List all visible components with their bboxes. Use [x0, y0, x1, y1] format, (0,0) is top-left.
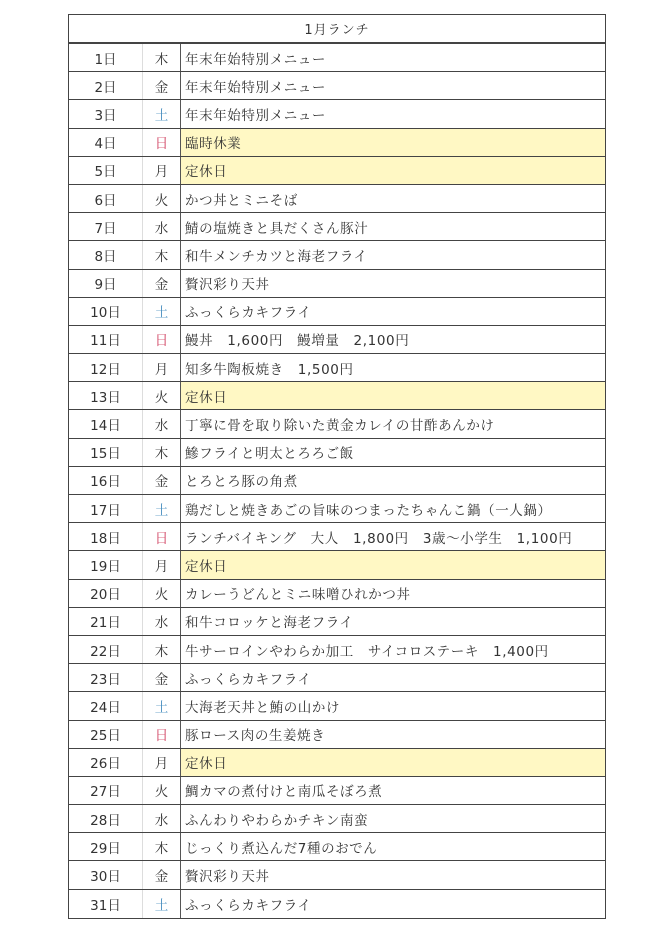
weekday-cell: 土 [143, 100, 181, 127]
menu-cell: 年末年始特別メニュー [181, 100, 605, 127]
table-row: 15日 木 鰺フライと明太とろろご飯 [69, 439, 605, 467]
date-cell: 28日 [69, 805, 143, 832]
table-row: 5日 月 定休日 [69, 157, 605, 185]
weekday-cell: 木 [143, 44, 181, 71]
menu-cell: 定休日 [181, 551, 605, 578]
date-cell: 26日 [69, 749, 143, 776]
menu-cell: ランチバイキング 大人 1,800円 3歳～小学生 1,100円 [181, 523, 605, 550]
weekday-cell: 水 [143, 608, 181, 635]
date-cell: 24日 [69, 692, 143, 719]
weekday-cell: 木 [143, 439, 181, 466]
menu-cell: ふっくらカキフライ [181, 890, 605, 918]
table-title: 1月ランチ [69, 15, 605, 44]
weekday-cell: 土 [143, 495, 181, 522]
table-row: 16日 金 とろとろ豚の角煮 [69, 467, 605, 495]
table-row: 14日 水 丁寧に骨を取り除いた黄金カレイの甘酢あんかけ [69, 410, 605, 438]
date-cell: 2日 [69, 72, 143, 99]
date-cell: 13日 [69, 382, 143, 409]
menu-cell: 鰻丼 1,600円 鰻増量 2,100円 [181, 326, 605, 353]
date-cell: 29日 [69, 833, 143, 860]
menu-cell: 贅沢彩り天丼 [181, 270, 605, 297]
table-row: 9日 金 贅沢彩り天丼 [69, 270, 605, 298]
date-cell: 9日 [69, 270, 143, 297]
menu-cell: 和牛メンチカツと海老フライ [181, 241, 605, 268]
date-cell: 5日 [69, 157, 143, 184]
table-row: 13日 火 定休日 [69, 382, 605, 410]
menu-cell: 丁寧に骨を取り除いた黄金カレイの甘酢あんかけ [181, 410, 605, 437]
menu-cell: 定休日 [181, 749, 605, 776]
weekday-cell: 月 [143, 354, 181, 381]
menu-cell: ふんわりやわらかチキン南蛮 [181, 805, 605, 832]
weekday-cell: 金 [143, 467, 181, 494]
weekday-cell: 木 [143, 241, 181, 268]
weekday-cell: 日 [143, 129, 181, 156]
weekday-cell: 金 [143, 861, 181, 888]
table-row: 30日 金 贅沢彩り天丼 [69, 861, 605, 889]
table-row: 3日 土 年末年始特別メニュー [69, 100, 605, 128]
table-row: 28日 水 ふんわりやわらかチキン南蛮 [69, 805, 605, 833]
menu-cell: 鶏だしと焼きあごの旨味のつまったちゃんこ鍋（一人鍋） [181, 495, 605, 522]
date-cell: 14日 [69, 410, 143, 437]
date-cell: 15日 [69, 439, 143, 466]
date-cell: 16日 [69, 467, 143, 494]
weekday-cell: 水 [143, 805, 181, 832]
table-row: 27日 火 鯛カマの煮付けと南瓜そぼろ煮 [69, 777, 605, 805]
table-row: 1日 木 年末年始特別メニュー [69, 44, 605, 72]
weekday-cell: 金 [143, 270, 181, 297]
date-cell: 31日 [69, 890, 143, 918]
menu-cell: 大海老天丼と鮪の山かけ [181, 692, 605, 719]
weekday-cell: 金 [143, 72, 181, 99]
table-row: 22日 木 牛サーロインやわらか加工 サイコロステーキ 1,400円 [69, 636, 605, 664]
menu-cell: カレーうどんとミニ味噌ひれかつ丼 [181, 580, 605, 607]
weekday-cell: 木 [143, 833, 181, 860]
table-row: 18日 日 ランチバイキング 大人 1,800円 3歳～小学生 1,100円 [69, 523, 605, 551]
menu-cell: 定休日 [181, 157, 605, 184]
table-row: 24日 土 大海老天丼と鮪の山かけ [69, 692, 605, 720]
date-cell: 11日 [69, 326, 143, 353]
date-cell: 7日 [69, 213, 143, 240]
date-cell: 23日 [69, 664, 143, 691]
table-row: 20日 火 カレーうどんとミニ味噌ひれかつ丼 [69, 580, 605, 608]
menu-cell: 年末年始特別メニュー [181, 44, 605, 71]
date-cell: 1日 [69, 44, 143, 71]
menu-cell: 臨時休業 [181, 129, 605, 156]
weekday-cell: 土 [143, 890, 181, 918]
weekday-cell: 火 [143, 580, 181, 607]
menu-cell: ふっくらカキフライ [181, 298, 605, 325]
menu-cell: 和牛コロッケと海老フライ [181, 608, 605, 635]
lunch-menu-table: 1月ランチ 1日 木 年末年始特別メニュー 2日 金 年末年始特別メニュー 3日… [68, 14, 606, 919]
weekday-cell: 日 [143, 721, 181, 748]
weekday-cell: 火 [143, 185, 181, 212]
weekday-cell: 土 [143, 298, 181, 325]
table-row: 31日 土 ふっくらカキフライ [69, 890, 605, 918]
date-cell: 12日 [69, 354, 143, 381]
weekday-cell: 金 [143, 664, 181, 691]
menu-cell: 鰺フライと明太とろろご飯 [181, 439, 605, 466]
date-cell: 22日 [69, 636, 143, 663]
date-cell: 4日 [69, 129, 143, 156]
menu-cell: 定休日 [181, 382, 605, 409]
menu-cell: かつ丼とミニそば [181, 185, 605, 212]
date-cell: 20日 [69, 580, 143, 607]
table-row: 2日 金 年末年始特別メニュー [69, 72, 605, 100]
table-body: 1日 木 年末年始特別メニュー 2日 金 年末年始特別メニュー 3日 土 年末年… [69, 44, 605, 918]
date-cell: 25日 [69, 721, 143, 748]
table-row: 7日 水 鯖の塩焼きと具だくさん豚汁 [69, 213, 605, 241]
weekday-cell: 日 [143, 523, 181, 550]
weekday-cell: 土 [143, 692, 181, 719]
weekday-cell: 月 [143, 551, 181, 578]
menu-cell: じっくり煮込んだ7種のおでん [181, 833, 605, 860]
table-row: 23日 金 ふっくらカキフライ [69, 664, 605, 692]
menu-cell: 知多牛陶板焼き 1,500円 [181, 354, 605, 381]
table-row: 10日 土 ふっくらカキフライ [69, 298, 605, 326]
table-row: 17日 土 鶏だしと焼きあごの旨味のつまったちゃんこ鍋（一人鍋） [69, 495, 605, 523]
date-cell: 27日 [69, 777, 143, 804]
table-row: 12日 月 知多牛陶板焼き 1,500円 [69, 354, 605, 382]
weekday-cell: 月 [143, 157, 181, 184]
date-cell: 6日 [69, 185, 143, 212]
menu-cell: 鯛カマの煮付けと南瓜そぼろ煮 [181, 777, 605, 804]
table-row: 11日 日 鰻丼 1,600円 鰻増量 2,100円 [69, 326, 605, 354]
weekday-cell: 日 [143, 326, 181, 353]
weekday-cell: 月 [143, 749, 181, 776]
menu-cell: ふっくらカキフライ [181, 664, 605, 691]
table-row: 6日 火 かつ丼とミニそば [69, 185, 605, 213]
table-row: 26日 月 定休日 [69, 749, 605, 777]
date-cell: 10日 [69, 298, 143, 325]
date-cell: 18日 [69, 523, 143, 550]
menu-cell: とろとろ豚の角煮 [181, 467, 605, 494]
weekday-cell: 火 [143, 777, 181, 804]
weekday-cell: 火 [143, 382, 181, 409]
table-row: 8日 木 和牛メンチカツと海老フライ [69, 241, 605, 269]
weekday-cell: 水 [143, 213, 181, 240]
date-cell: 17日 [69, 495, 143, 522]
table-row: 21日 水 和牛コロッケと海老フライ [69, 608, 605, 636]
date-cell: 21日 [69, 608, 143, 635]
date-cell: 8日 [69, 241, 143, 268]
weekday-cell: 水 [143, 410, 181, 437]
date-cell: 30日 [69, 861, 143, 888]
table-row: 29日 木 じっくり煮込んだ7種のおでん [69, 833, 605, 861]
table-row: 4日 日 臨時休業 [69, 129, 605, 157]
menu-cell: 贅沢彩り天丼 [181, 861, 605, 888]
weekday-cell: 木 [143, 636, 181, 663]
date-cell: 3日 [69, 100, 143, 127]
date-cell: 19日 [69, 551, 143, 578]
menu-cell: 豚ロース肉の生姜焼き [181, 721, 605, 748]
table-row: 25日 日 豚ロース肉の生姜焼き [69, 721, 605, 749]
table-row: 19日 月 定休日 [69, 551, 605, 579]
menu-cell: 鯖の塩焼きと具だくさん豚汁 [181, 213, 605, 240]
menu-cell: 牛サーロインやわらか加工 サイコロステーキ 1,400円 [181, 636, 605, 663]
menu-cell: 年末年始特別メニュー [181, 72, 605, 99]
